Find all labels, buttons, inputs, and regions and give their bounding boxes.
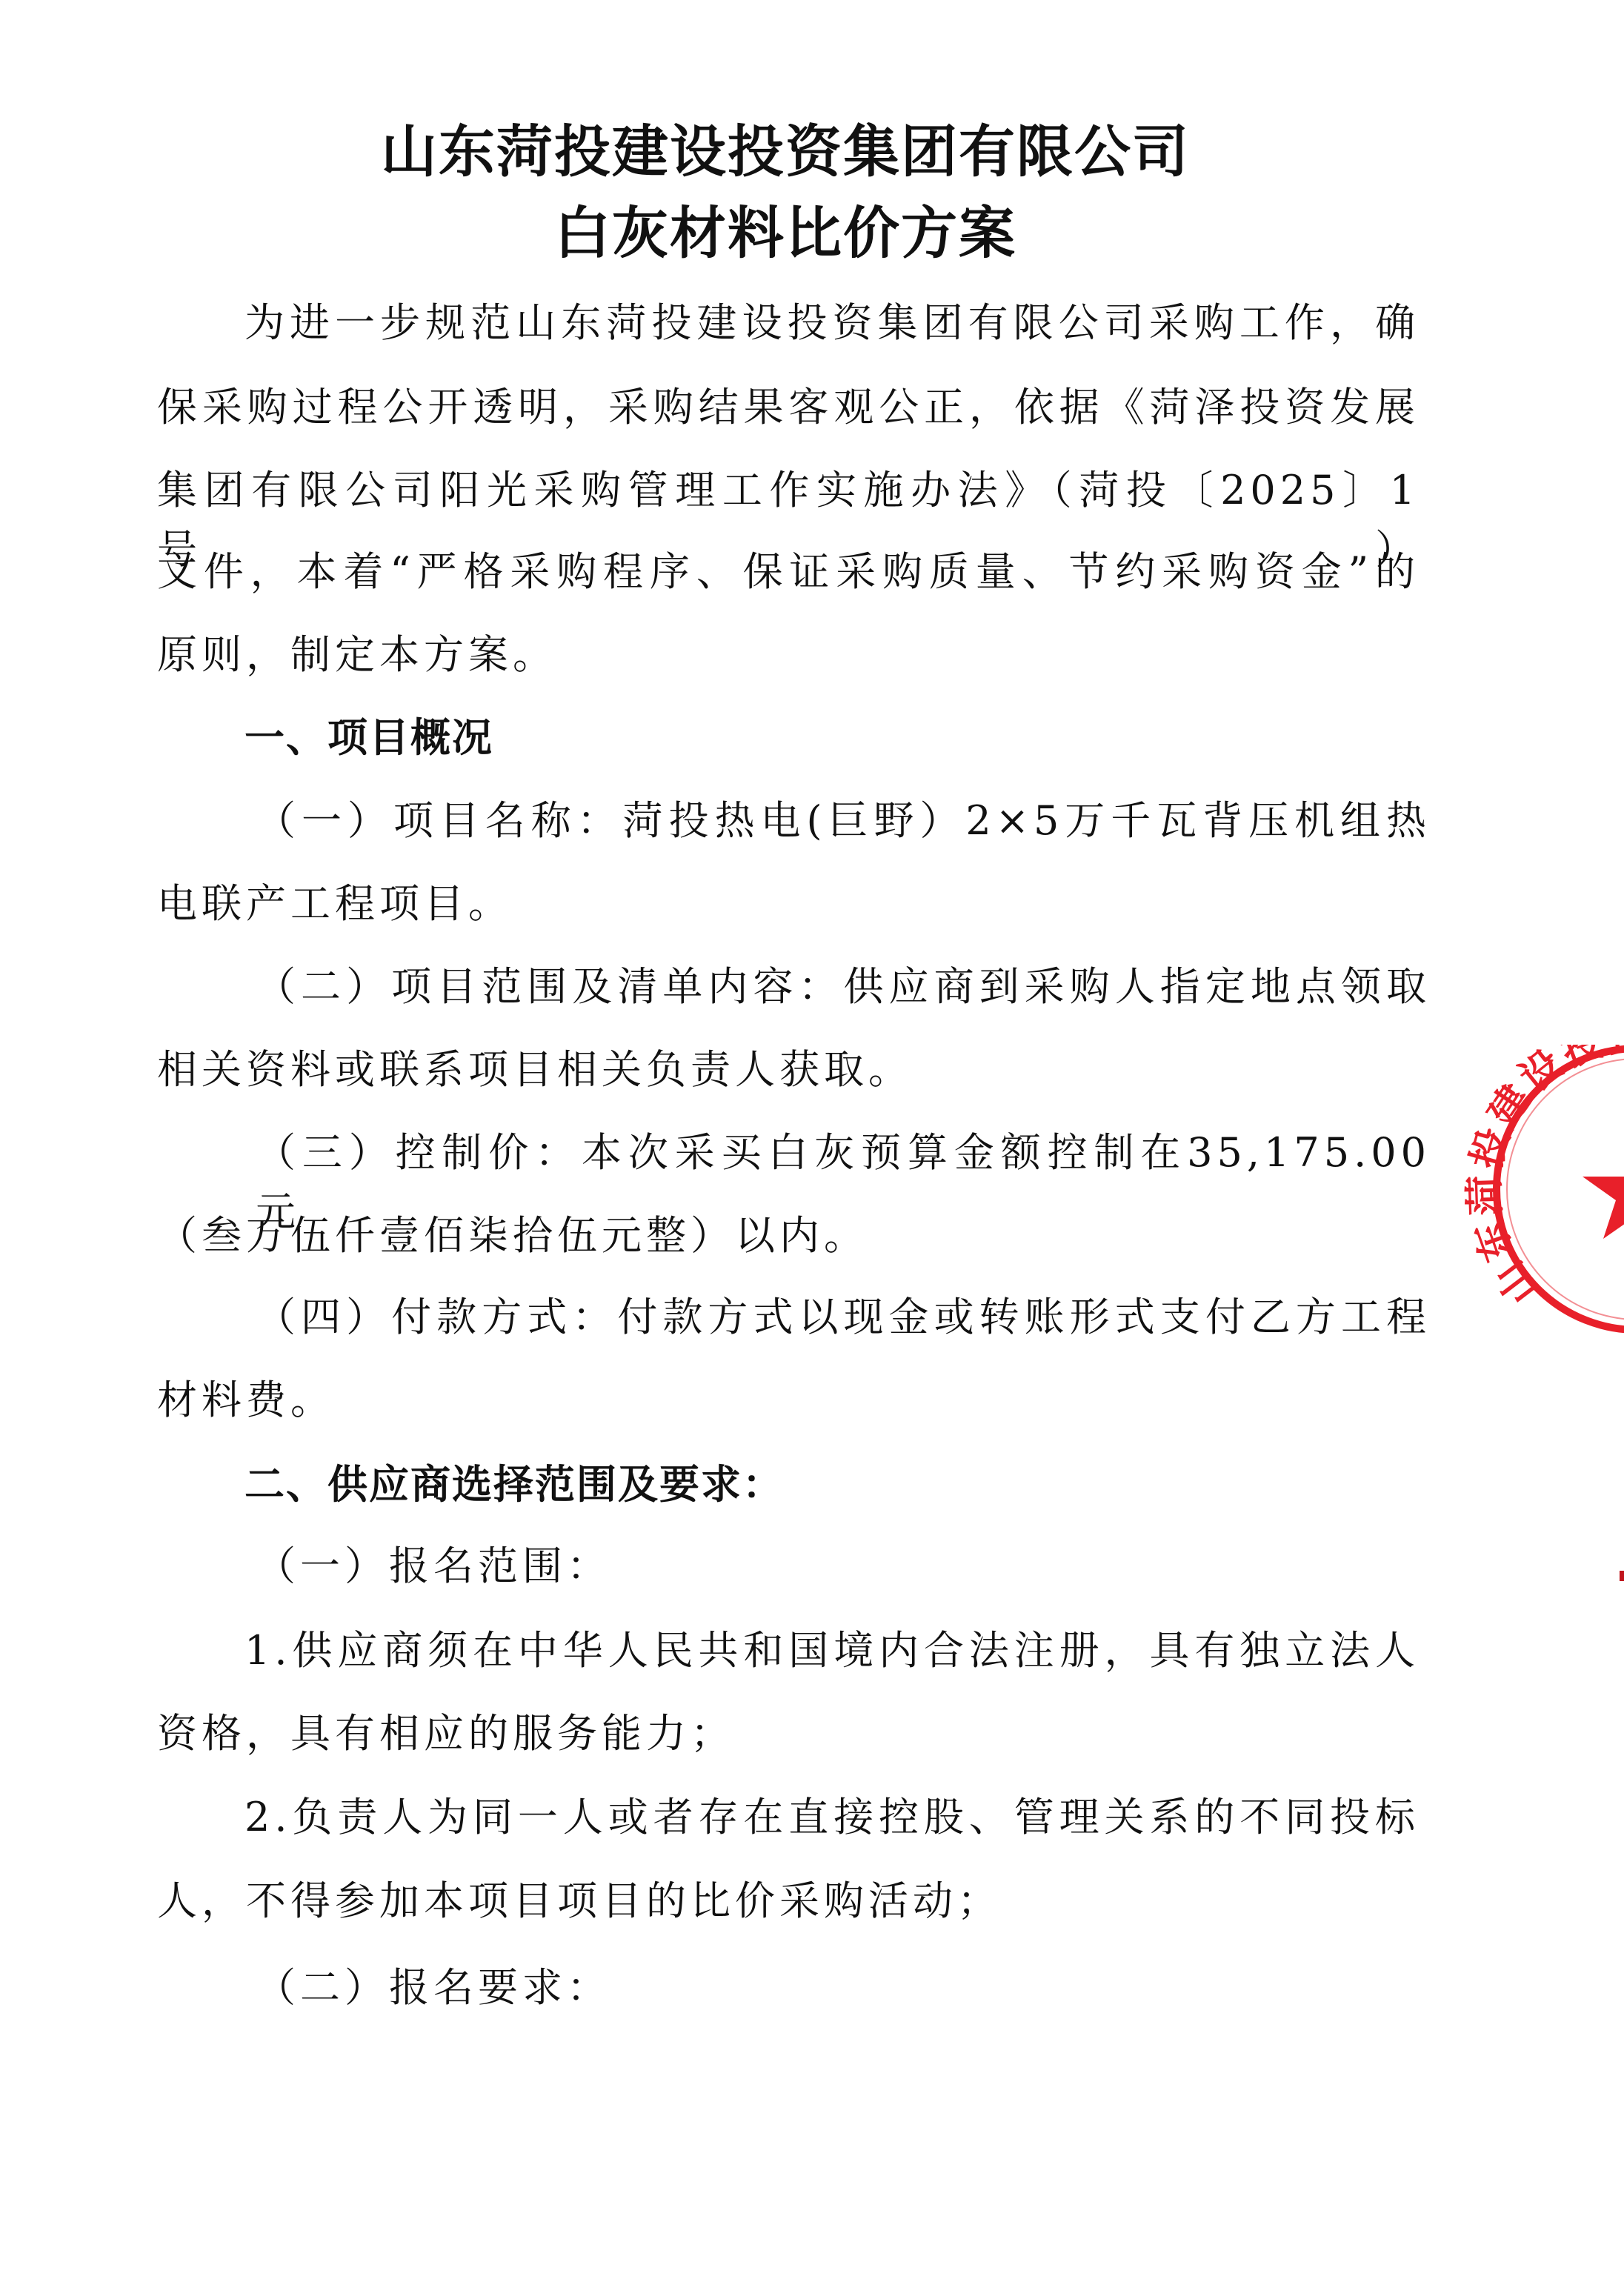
- company-seal-stamp-icon: 山东菏投建设投资集团有限公司: [1452, 1045, 1624, 1341]
- intro-line-1: 为进一步规范山东菏投建设投资集团有限公司采购工作，确: [244, 293, 1420, 353]
- sub-2-heading: （二）报名要求：: [256, 1958, 1431, 2017]
- item-3-line-2: （叁万伍仟壹佰柒拾伍元整）以内。: [157, 1206, 1420, 1265]
- sub-1-heading: （一）报名范围：: [256, 1537, 1431, 1596]
- section-1-heading: 一、项目概况: [244, 708, 1420, 768]
- req-1-line-2: 资格，具有相应的服务能力；: [157, 1704, 1420, 1763]
- intro-line-4: 文件，本着“严格采购程序、保证采购质量、节约采购资金”的: [157, 542, 1420, 602]
- item-4-line-1: （四）付款方式：付款方式以现金或转账形式支付乙方工程: [256, 1288, 1431, 1347]
- intro-line-2: 保采购过程公开透明，采购结果客观公正，依据《菏泽投资发展: [157, 378, 1420, 437]
- document-title-company: 山东菏投建设投资集团有限公司: [0, 115, 1571, 189]
- item-2-line-1: （二）项目范围及清单内容：供应商到采购人指定地点领取: [256, 957, 1431, 1017]
- req-2-line-2: 人，不得参加本项目项目的比价采购活动；: [157, 1872, 1420, 1931]
- section-2-heading: 二、供应商选择范围及要求：: [244, 1455, 1420, 1514]
- document-title-subject: 白灰材料比价方案: [0, 196, 1571, 270]
- red-ink-mark: [1620, 1571, 1624, 1581]
- item-2-line-2: 相关资料或联系项目相关负责人获取。: [157, 1040, 1420, 1100]
- req-1-line-1: 1.供应商须在中华人民共和国境内合法注册，具有独立法人: [244, 1621, 1420, 1680]
- intro-line-5: 原则，制定本方案。: [157, 625, 1420, 685]
- req-2-line-1: 2.负责人为同一人或者存在直接控股、管理关系的不同投标: [244, 1788, 1420, 1847]
- item-1-line-1: （一）项目名称：菏投热电(巨野）2×5万千瓦背压机组热: [256, 791, 1431, 851]
- item-1-line-2: 电联产工程项目。: [157, 874, 1420, 934]
- item-4-line-2: 材料费。: [157, 1371, 1420, 1430]
